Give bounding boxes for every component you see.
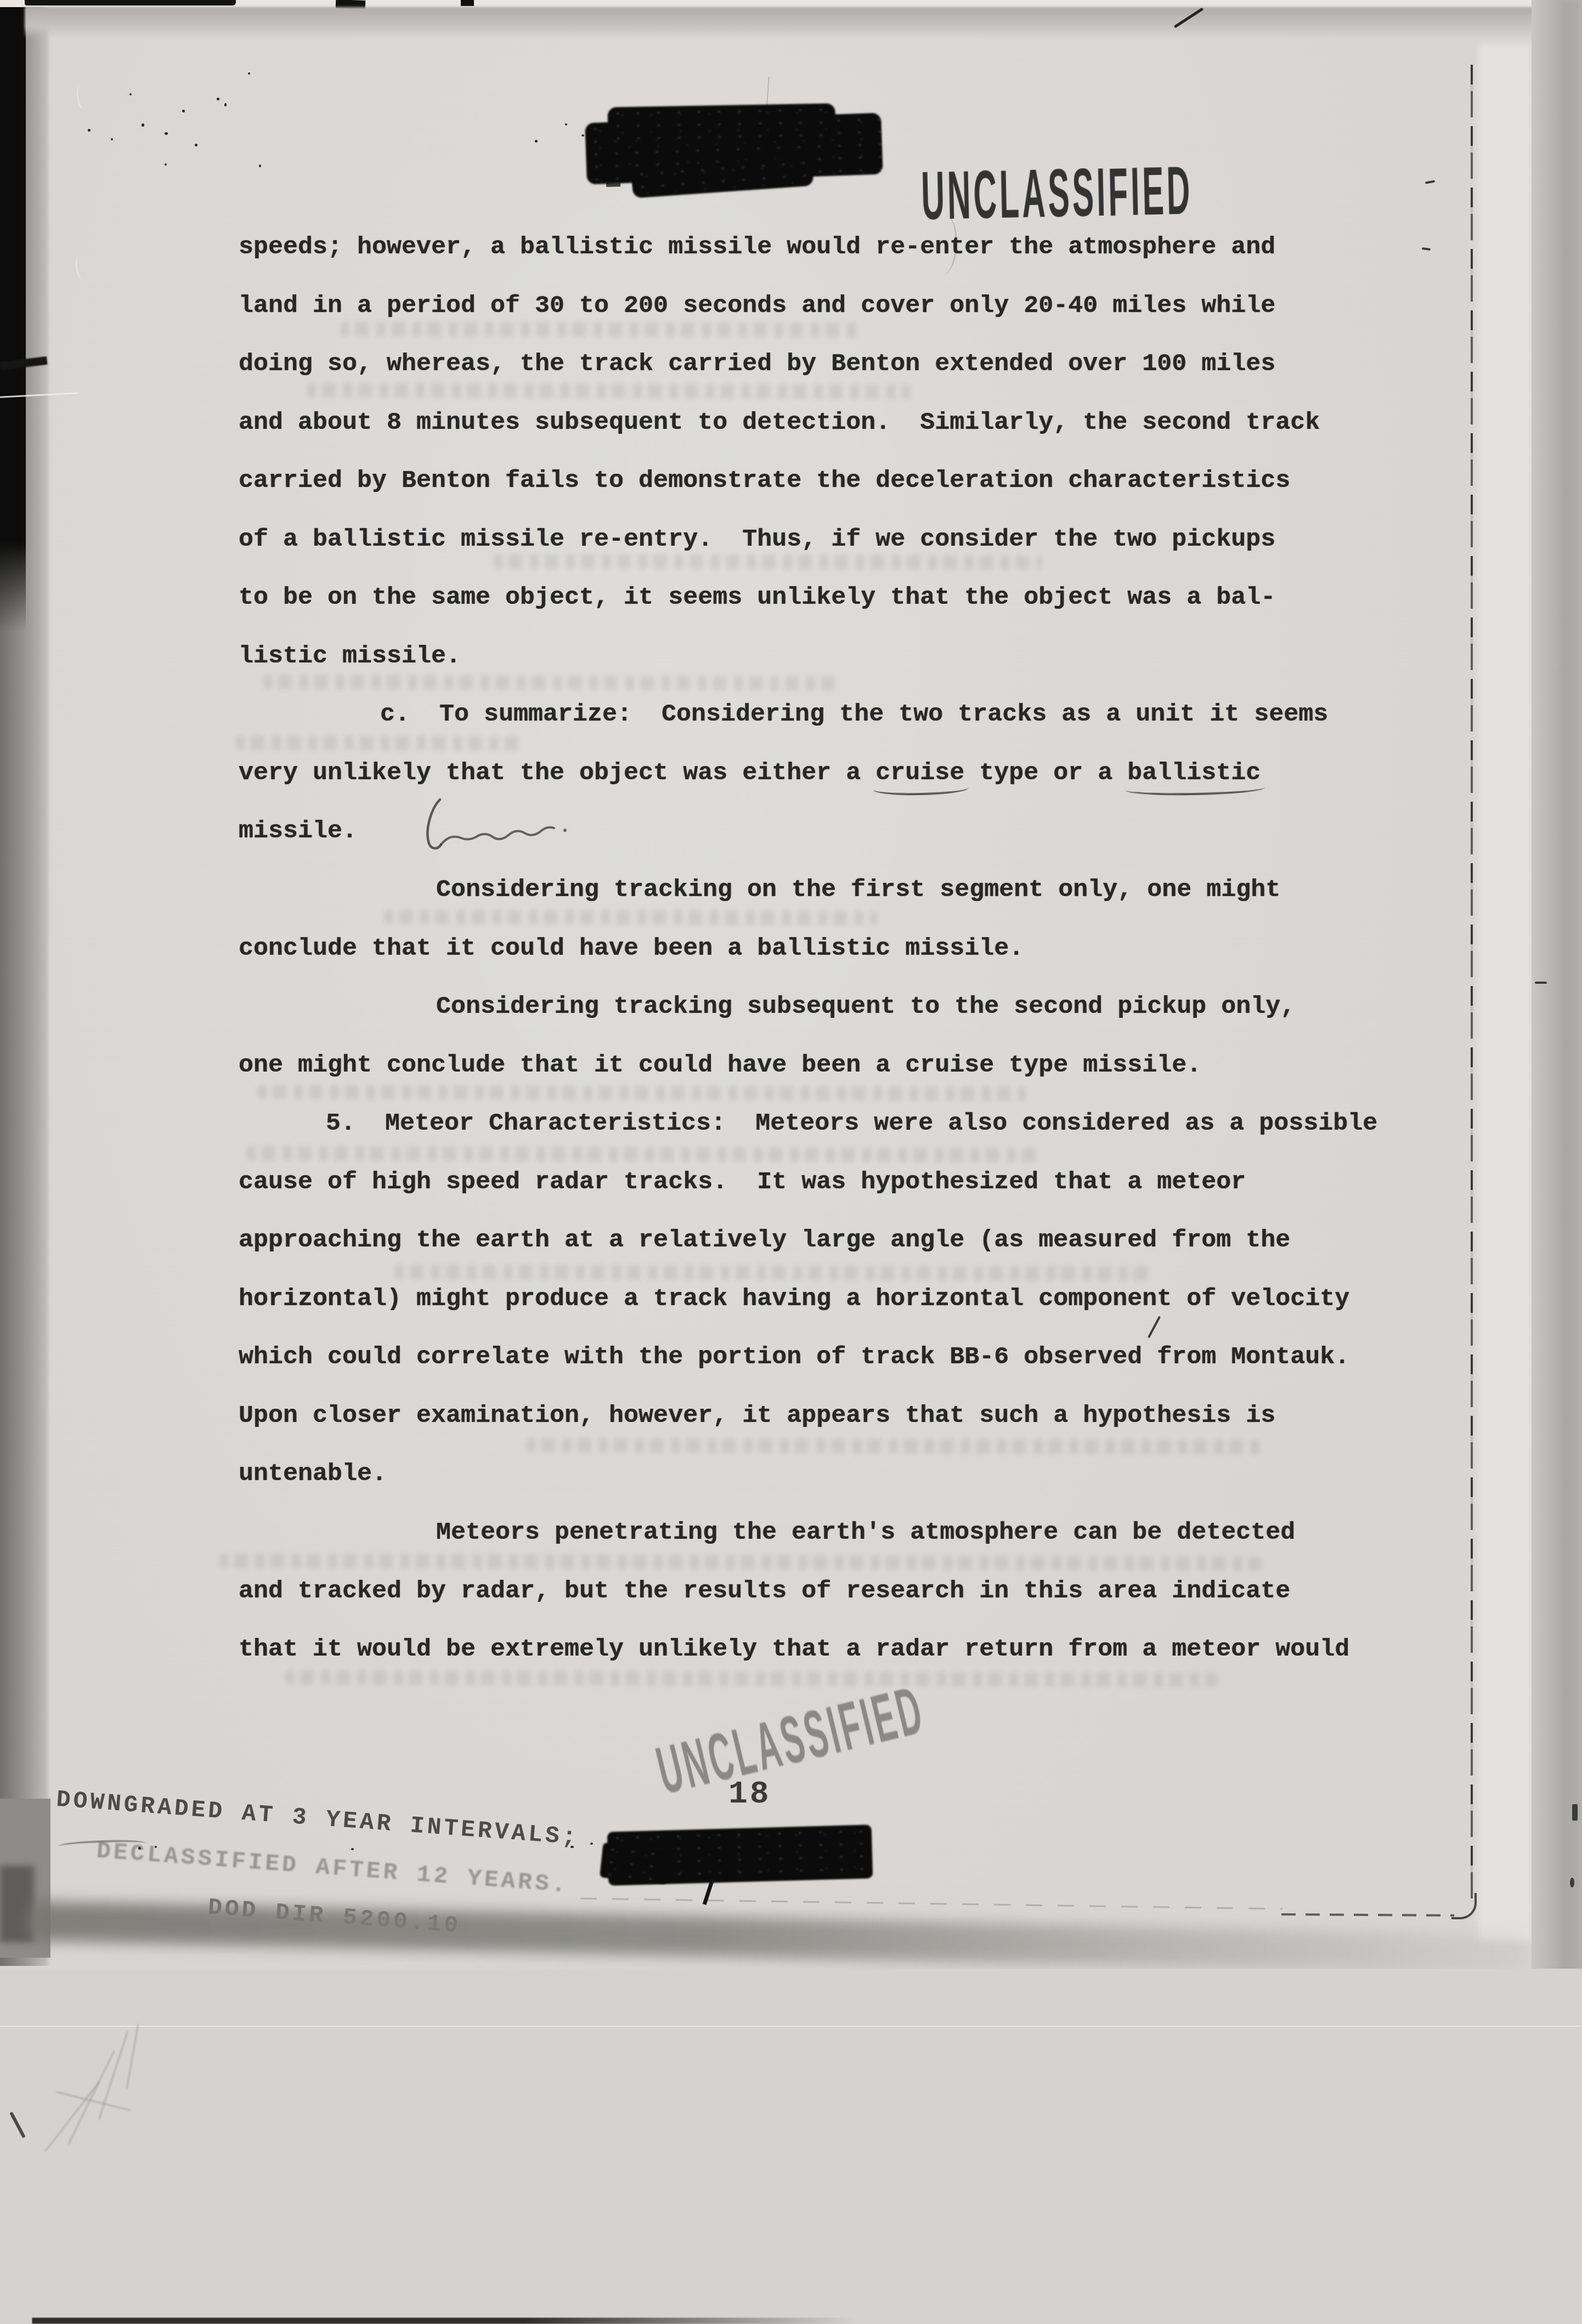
body-line-meteor-heading: 5. Meteor Characteristics: Meteors were … [239,1095,1377,1153]
dust-speck [88,129,91,132]
body-line: of a ballistic missile re-entry. Thus, i… [239,511,1377,569]
body-line: that it would be extremely unlikely that… [239,1620,1377,1679]
typed-body-text: speeds; however, a ballistic missile wou… [239,218,1377,1679]
image-bottom-edge [32,2317,855,2324]
dust-speck [165,163,167,166]
right-edge-mark [1572,1804,1578,1821]
dust-speck [195,144,197,146]
body-line: cause of high speed radar tracks. It was… [239,1153,1377,1212]
redaction-blob-top [607,103,835,141]
dust-speck [217,98,219,100]
dust-speck [129,93,132,95]
pencil-dot [570,1846,574,1848]
dust-speck [535,140,538,143]
body-line-summary: c. To summarize: Considering the two tra… [239,685,1377,744]
left-edge-black-strip [0,0,26,631]
body-line: missile. [239,802,1377,861]
body-line: Considering tracking on the first segmen… [239,861,1377,920]
body-line: Upon closer examination, however, it app… [239,1387,1377,1446]
hand-underlined-word-cruise: cruise [875,761,964,785]
body-line: Meteors penetrating the earth's atmosphe… [239,1504,1377,1562]
dust-speck [182,110,185,112]
body-line: to be on the same object, it seems unlik… [239,569,1377,627]
handwritten-concur-note [421,796,580,862]
body-line: and about 8 minutes subsequent to detect… [239,394,1377,452]
unclassified-stamp-top: UNCLASSIFIED [920,152,1194,236]
dust-speck [565,123,567,126]
body-line: carried by Benton fails to demonstrate t… [239,452,1377,511]
pencil-dot [138,1847,141,1850]
top-edge-black-line [25,0,236,5]
top-edge-black-tab [461,0,474,6]
redaction-blob-bottom [600,1843,671,1885]
scanner-hairline [0,2026,1582,2027]
top-edge-shadow-band [25,7,1582,39]
pen-dash-mark [1535,982,1547,984]
dust-speck [165,132,168,135]
body-line-with-underlines: very unlikely that the object was either… [239,744,1377,803]
body-line: land in a period of 30 to 200 seconds an… [239,277,1377,336]
hand-underlined-word-ballistic: ballistic [1127,761,1261,785]
dust-speck [248,72,250,75]
page-number: 18 [728,1777,771,1812]
pencil-dot [155,1846,157,1848]
pencil-dot [351,1848,354,1850]
dust-speck [224,103,227,106]
body-line: Considering tracking subsequent to the s… [239,978,1377,1036]
scanned-document-page: speeds; however, a ballistic missile wou… [0,0,1582,2324]
body-line: speeds; however, a ballistic missile wou… [239,218,1377,277]
body-text-segment: very unlikely that the object was either… [239,759,875,787]
body-line: and tracked by radar, but the results of… [239,1562,1377,1621]
body-line: approaching the earth at a relatively la… [239,1211,1377,1270]
dust-speck [259,165,261,167]
top-scan-edge [0,0,1582,7]
body-line: conclude that it could have been a balli… [239,920,1377,978]
body-line: which could correlate with the portion o… [239,1328,1377,1387]
dust-speck [142,123,144,127]
body-line: untenable. [239,1445,1377,1504]
right-margin-rule [1471,65,1473,1902]
right-edge-mark [1570,1878,1574,1887]
body-line: listic missile. [239,627,1377,686]
scanner-area-below-page [0,1969,1582,2324]
right-paper-highlight [1478,44,1533,1941]
dust-speck [581,134,584,137]
body-text-segment: type or a [964,759,1127,787]
body-line: doing so, whereas, the track carried by … [239,335,1377,394]
pencil-dot [590,1843,593,1845]
dust-speck [111,138,113,140]
body-line: one might conclude that it could have be… [239,1036,1377,1095]
body-line: horizontal) might produce a track having… [239,1270,1377,1329]
